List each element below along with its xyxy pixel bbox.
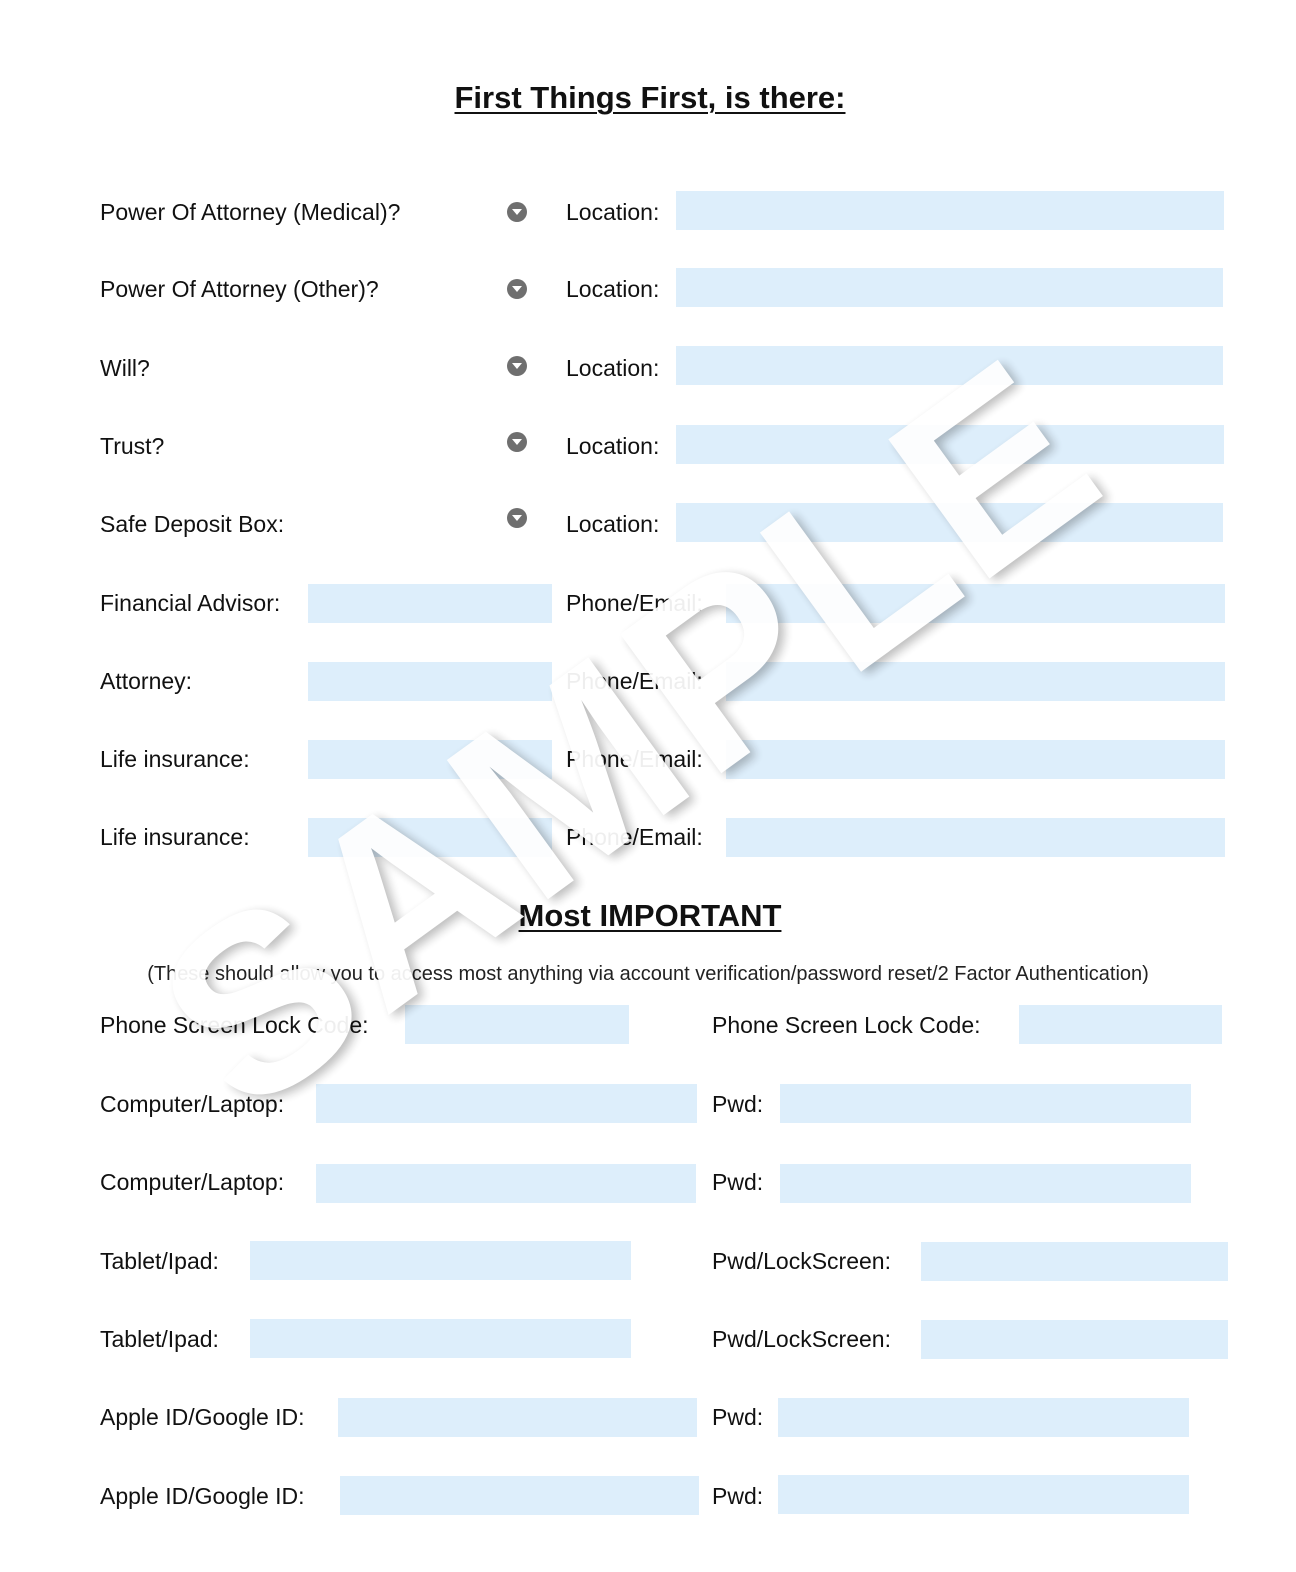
field-label: Pwd/LockScreen: xyxy=(712,1247,891,1275)
account-input[interactable] xyxy=(338,1398,697,1437)
row-label: Life insurance: xyxy=(100,745,250,773)
code-input[interactable] xyxy=(1019,1005,1222,1044)
field-label: Pwd: xyxy=(712,1168,763,1196)
section-title-first-things: First Things First, is there: xyxy=(2,80,1296,116)
row-label: Life insurance: xyxy=(100,823,250,851)
location-input[interactable] xyxy=(676,346,1223,385)
password-input[interactable] xyxy=(780,1084,1191,1123)
location-input[interactable] xyxy=(676,503,1223,542)
name-input[interactable] xyxy=(308,584,552,623)
device-input[interactable] xyxy=(250,1319,631,1358)
location-input[interactable] xyxy=(676,268,1223,307)
section-title-most-important: Most IMPORTANT xyxy=(2,898,1296,934)
field-label: Phone/Email: xyxy=(566,745,703,773)
row-label: Power Of Attorney (Other)? xyxy=(100,275,379,303)
field-label: Pwd: xyxy=(712,1482,763,1510)
field-label: Phone Screen Lock Code: xyxy=(712,1011,981,1039)
phone-email-input[interactable] xyxy=(726,740,1225,779)
field-label: Location: xyxy=(566,354,659,382)
phone-email-input[interactable] xyxy=(726,818,1225,857)
field-label: Location: xyxy=(566,432,659,460)
name-input[interactable] xyxy=(308,662,552,701)
account-input[interactable] xyxy=(340,1476,699,1515)
phone-email-input[interactable] xyxy=(726,662,1225,701)
chevron-down-icon[interactable] xyxy=(507,356,527,376)
field-label: Location: xyxy=(566,198,659,226)
device-input[interactable] xyxy=(316,1164,696,1203)
device-input[interactable] xyxy=(316,1084,697,1123)
field-label: Phone/Email: xyxy=(566,823,703,851)
password-input[interactable] xyxy=(921,1320,1228,1359)
password-input[interactable] xyxy=(778,1475,1189,1514)
section-subtitle: (These should allow you to access most a… xyxy=(0,963,1296,986)
row-label: Trust? xyxy=(100,432,164,460)
field-label: Phone/Email: xyxy=(566,667,703,695)
name-input[interactable] xyxy=(308,818,552,857)
row-label: Attorney: xyxy=(100,667,192,695)
chevron-down-icon[interactable] xyxy=(507,432,527,452)
chevron-down-icon[interactable] xyxy=(507,279,527,299)
chevron-down-icon[interactable] xyxy=(507,508,527,528)
phone-email-input[interactable] xyxy=(726,584,1225,623)
password-input[interactable] xyxy=(780,1164,1191,1203)
name-input[interactable] xyxy=(308,740,552,779)
field-label: Location: xyxy=(566,275,659,303)
chevron-down-icon[interactable] xyxy=(507,202,527,222)
password-input[interactable] xyxy=(921,1242,1228,1281)
row-label: Apple ID/Google ID: xyxy=(100,1403,305,1431)
row-label: Power Of Attorney (Medical)? xyxy=(100,198,400,226)
row-label: Tablet/Ipad: xyxy=(100,1247,219,1275)
row-label: Safe Deposit Box: xyxy=(100,510,284,538)
row-label: Computer/Laptop: xyxy=(100,1168,284,1196)
field-label: Pwd: xyxy=(712,1090,763,1118)
location-input[interactable] xyxy=(676,425,1224,464)
field-label: Pwd: xyxy=(712,1403,763,1431)
row-label: Apple ID/Google ID: xyxy=(100,1482,305,1510)
field-label: Pwd/LockScreen: xyxy=(712,1325,891,1353)
row-label: Financial Advisor: xyxy=(100,589,280,617)
row-label: Computer/Laptop: xyxy=(100,1090,284,1118)
field-label: Location: xyxy=(566,510,659,538)
device-input[interactable] xyxy=(250,1241,631,1280)
code-input[interactable] xyxy=(405,1005,629,1044)
row-label: Will? xyxy=(100,354,150,382)
field-label: Phone/Email: xyxy=(566,589,703,617)
password-input[interactable] xyxy=(778,1398,1189,1437)
row-label: Tablet/Ipad: xyxy=(100,1325,219,1353)
row-label: Phone Screen Lock Code: xyxy=(100,1011,369,1039)
location-input[interactable] xyxy=(676,191,1224,230)
